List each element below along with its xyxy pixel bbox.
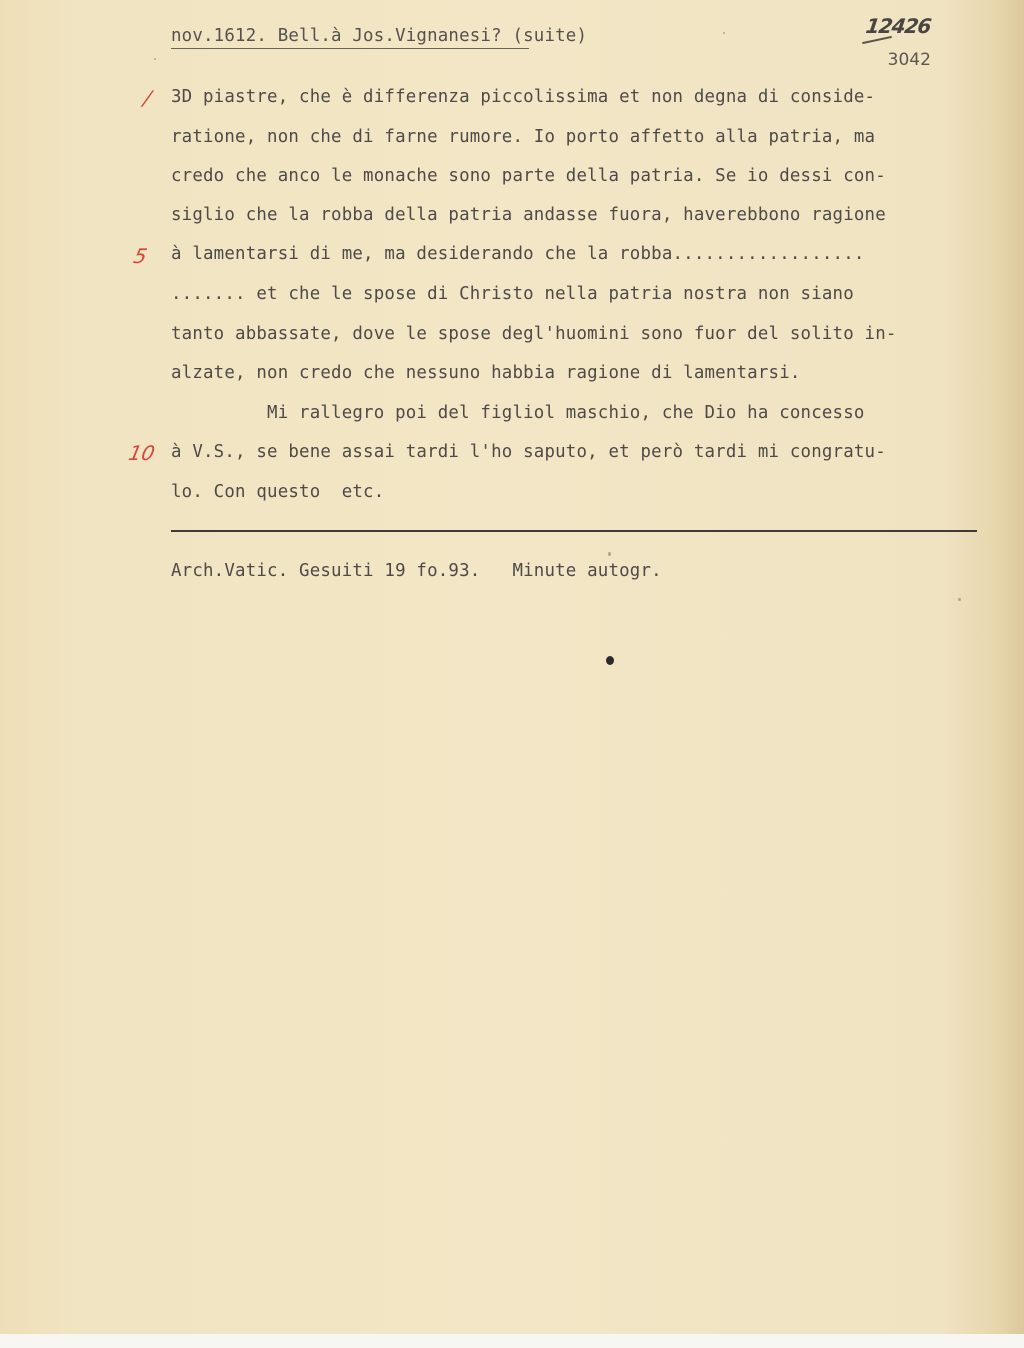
paper-speck <box>608 552 611 556</box>
ink-blot <box>606 656 614 665</box>
paper-speck <box>958 598 961 601</box>
paper-speck <box>154 58 156 60</box>
margin-line-number-5: 5 <box>131 244 149 268</box>
text-line: à V.S., se bene assai tardi l'ho saputo,… <box>171 442 886 462</box>
document-page: nov.1612. Bell.à Jos.Vignanesi? (suite) … <box>0 0 1024 1334</box>
text-line: à lamentarsi di me, ma desiderando che l… <box>171 244 865 264</box>
margin-line-number-10: 10 <box>126 441 157 465</box>
archive-number-previous: 3042 <box>866 30 931 110</box>
text-line: siglio che la robba della patria andasse… <box>171 205 886 225</box>
source-citation: Arch.Vatic. Gesuiti 19 fo.93. Minute aut… <box>171 561 662 581</box>
text-line: Mi rallegro poi del figliol maschio, che… <box>171 403 865 423</box>
archive-number-previous-text: 3042 <box>888 50 931 70</box>
scan-margin <box>0 1334 1024 1348</box>
text-line: credo che anco le monache sono parte del… <box>171 166 886 186</box>
text-line: ....... et che le spose di Christo nella… <box>171 284 854 304</box>
page-header: nov.1612. Bell.à Jos.Vignanesi? (suite) <box>171 26 587 46</box>
text-line: 3D piastre, che è differenza piccolissim… <box>171 87 875 107</box>
margin-line-number-1: / <box>141 86 153 110</box>
text-line: tanto abbassate, dove le spose degl'huom… <box>171 324 897 344</box>
section-divider <box>171 530 977 532</box>
paper-speck <box>723 32 725 34</box>
text-line: ratione, non che di farne rumore. Io por… <box>171 127 875 147</box>
header-underline <box>171 48 529 49</box>
text-line: lo. Con questo etc. <box>171 482 384 502</box>
text-line: alzate, non credo che nessuno habbia rag… <box>171 363 801 383</box>
strikethrough-mark <box>862 36 892 44</box>
